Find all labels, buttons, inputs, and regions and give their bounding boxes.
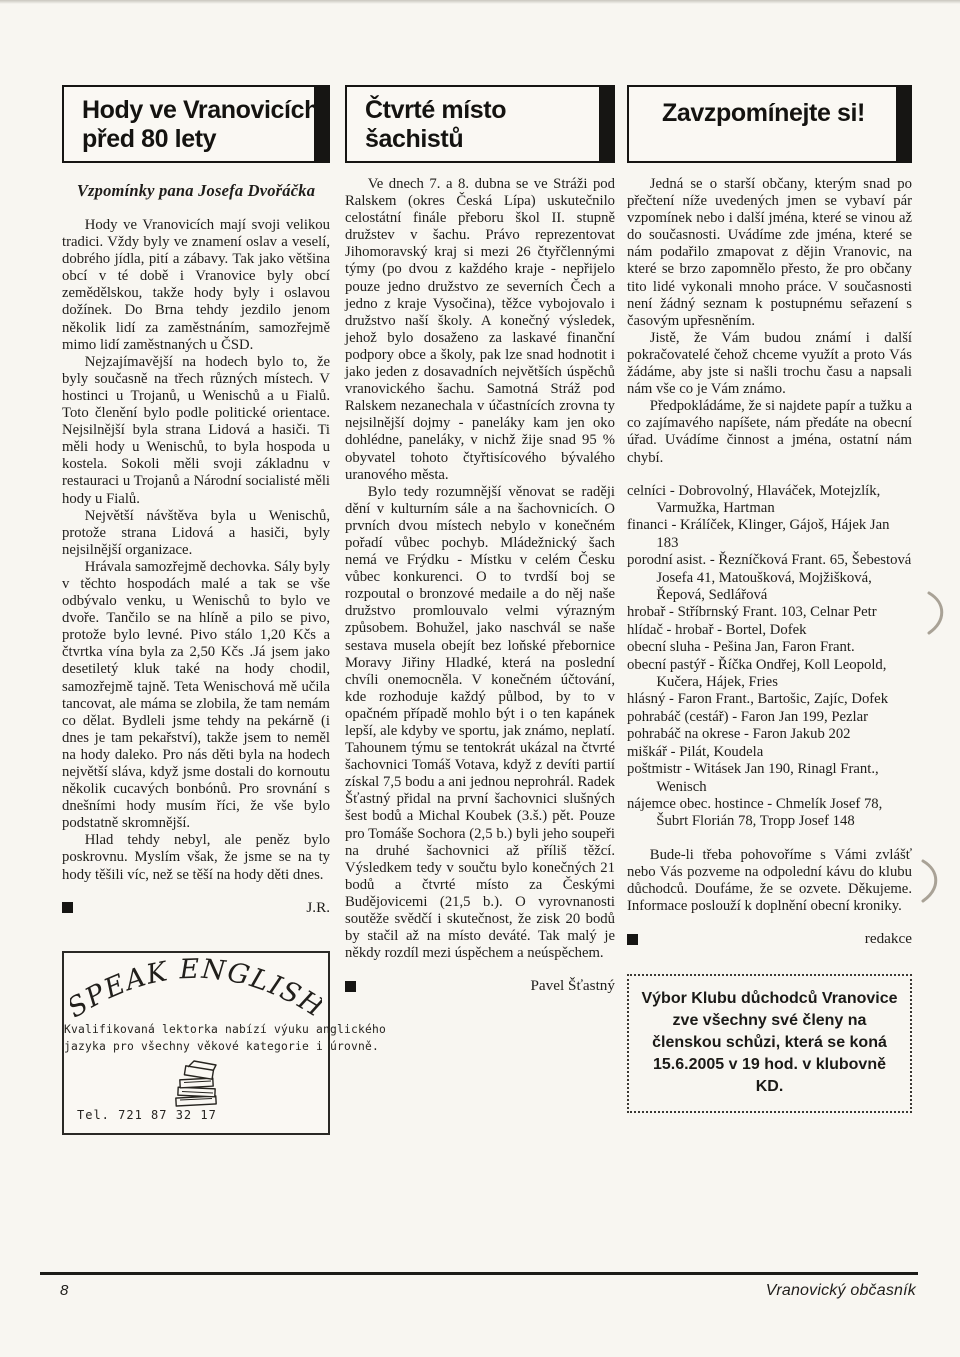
- name-list-item: hlásný - Faron Frant., Bartošic, Zajíc, …: [627, 691, 912, 708]
- headline-black-bar: [314, 87, 328, 161]
- article2-paragraph: Ve dnech 7. a 8. dubna se ve Stráži pod …: [345, 176, 615, 484]
- article1-paragraph: Hody ve Vranovicích mají svoji velikou t…: [62, 217, 330, 354]
- end-mark-square-icon: [62, 902, 73, 913]
- article2-signature-row: Pavel Šťastný: [345, 977, 615, 995]
- ad-text-line2: jazyka pro všechny věkové kategorie i úr…: [64, 1038, 328, 1055]
- name-list-item: porodní asist. - Řezníčková Frant. 65, Š…: [627, 552, 912, 604]
- article3-name-list: celníci - Dobrovolný, Hlaváček, Motejzlí…: [627, 483, 912, 831]
- headline-box-hody: Hody ve Vranovicích před 80 lety: [62, 85, 330, 163]
- article3-paragraph: Jistě, že Vám budou známí i další pokrač…: [627, 330, 912, 398]
- article2-body: Ve dnech 7. a 8. dubna se ve Stráži pod …: [345, 176, 615, 962]
- scan-artifact-curve: [920, 858, 946, 904]
- article3-signature-row: redakce: [627, 930, 912, 948]
- article3-author: redakce: [865, 930, 912, 948]
- speak-english-logo: SPEAK ENGLISH: [70, 955, 322, 1021]
- article1-paragraph: Hlad tehdy nebyl, ale peněz bylo poskrov…: [62, 832, 330, 883]
- books-stack-icon: [164, 1059, 228, 1109]
- article3-body: Jedná se o starší občany, kterým snad po…: [627, 176, 912, 467]
- speak-english-logo-text: SPEAK ENGLISH: [70, 955, 322, 1021]
- footer-rule: [40, 1272, 918, 1275]
- name-list-item: obecní sluha - Pešina Jan, Faron Frant.: [627, 639, 912, 656]
- headline-black-bar: [896, 87, 910, 161]
- article2-author: Pavel Šťastný: [530, 977, 615, 995]
- article1-subtitle: Vzpomínky pana Josefa Dvořáčka: [62, 181, 330, 201]
- name-list-item: nájemce obec. hostince - Chmelík Josef 7…: [627, 796, 912, 831]
- klub-duchodcu-notice: Výbor Klubu důchodců Vranovice zve všech…: [627, 974, 912, 1113]
- article3-paragraph: Bude-li třeba pohovoříme s Vámi zvlášť n…: [627, 847, 912, 915]
- article3-paragraph: Předpokládáme, že si najdete papír a tuž…: [627, 398, 912, 466]
- article3-paragraph: Jedná se o starší občany, kterým snad po…: [627, 176, 912, 330]
- scan-edge-shadow: [0, 0, 960, 4]
- name-list-item: pohrabáč (cestář) - Faron Jan 199, Pezla…: [627, 709, 912, 726]
- article1-author: J.R.: [306, 899, 330, 917]
- name-list-item: pohrabáč na okrese - Faron Jakub 202: [627, 726, 912, 743]
- article2-paragraph: Bylo tedy rozumnější věnovat se raději d…: [345, 484, 615, 963]
- headline-box-sachiste: Čtvrté místo šachistů: [345, 85, 615, 163]
- name-list-item: celníci - Dobrovolný, Hlaváček, Motejzlí…: [627, 483, 912, 518]
- column-hody: Hody ve Vranovicích před 80 lety Vzpomín…: [62, 85, 330, 1135]
- ad-text-line1: Kvalifikovaná lektorka nabízí výuku angl…: [64, 1021, 328, 1038]
- headline-box-zavzpominejte: Zavzpomínejte si!: [627, 85, 912, 163]
- ad-phone: Tel. 721 87 32 17: [77, 1108, 217, 1122]
- column-zavzpominejte: Zavzpomínejte si! Jedná se o starší obča…: [627, 85, 912, 1113]
- name-list-item: hlídač - hrobař - Bortel, Dofek: [627, 622, 912, 639]
- speak-english-ad: SPEAK ENGLISH Kvalifikovaná lektorka nab…: [62, 951, 330, 1135]
- name-list-item: financi - Králíček, Klinger, Gájoš, Háje…: [627, 517, 912, 552]
- svg-text:SPEAK ENGLISH: SPEAK ENGLISH: [70, 955, 322, 1021]
- article1-title-line2: před 80 lety: [82, 125, 298, 154]
- headline-black-bar: [599, 87, 613, 161]
- end-mark-square-icon: [345, 981, 356, 992]
- article3-title: Zavzpomínejte si!: [647, 99, 880, 128]
- column-sachiste: Čtvrté místo šachistů Ve dnech 7. a 8. d…: [345, 85, 615, 995]
- article1-paragraph: Nejzajímavější na hodech bylo to, že byl…: [62, 354, 330, 508]
- article3-closing: Bude-li třeba pohovoříme s Vámi zvlášť n…: [627, 847, 912, 915]
- article1-signature-row: J.R.: [62, 899, 330, 917]
- end-mark-square-icon: [627, 934, 638, 945]
- article2-title-line2: šachistů: [365, 125, 583, 154]
- name-list-item: poštmistr - Witásek Jan 190, Rinagl Fran…: [627, 761, 912, 796]
- publication-title: Vranovický občasník: [766, 1282, 916, 1300]
- article2-title-line1: Čtvrté místo: [365, 96, 583, 125]
- article1-paragraph: Hrávala samozřejmě dechovka. Sály byly v…: [62, 559, 330, 833]
- article1-title-line1: Hody ve Vranovicích: [82, 96, 298, 125]
- page-number: 8: [60, 1282, 68, 1299]
- scan-artifact-curve: [926, 590, 952, 636]
- name-list-item: obecní pastýř - Říčka Ondřej, Koll Leopo…: [627, 657, 912, 692]
- name-list-item: miškář - Pilát, Koudela: [627, 744, 912, 761]
- article1-paragraph: Největší návštěva byla u Wenischů, proto…: [62, 508, 330, 559]
- article1-body: Hody ve Vranovicích mají svoji velikou t…: [62, 217, 330, 884]
- name-list-item: hrobař - Stříbrnský Frant. 103, Celnar P…: [627, 604, 912, 621]
